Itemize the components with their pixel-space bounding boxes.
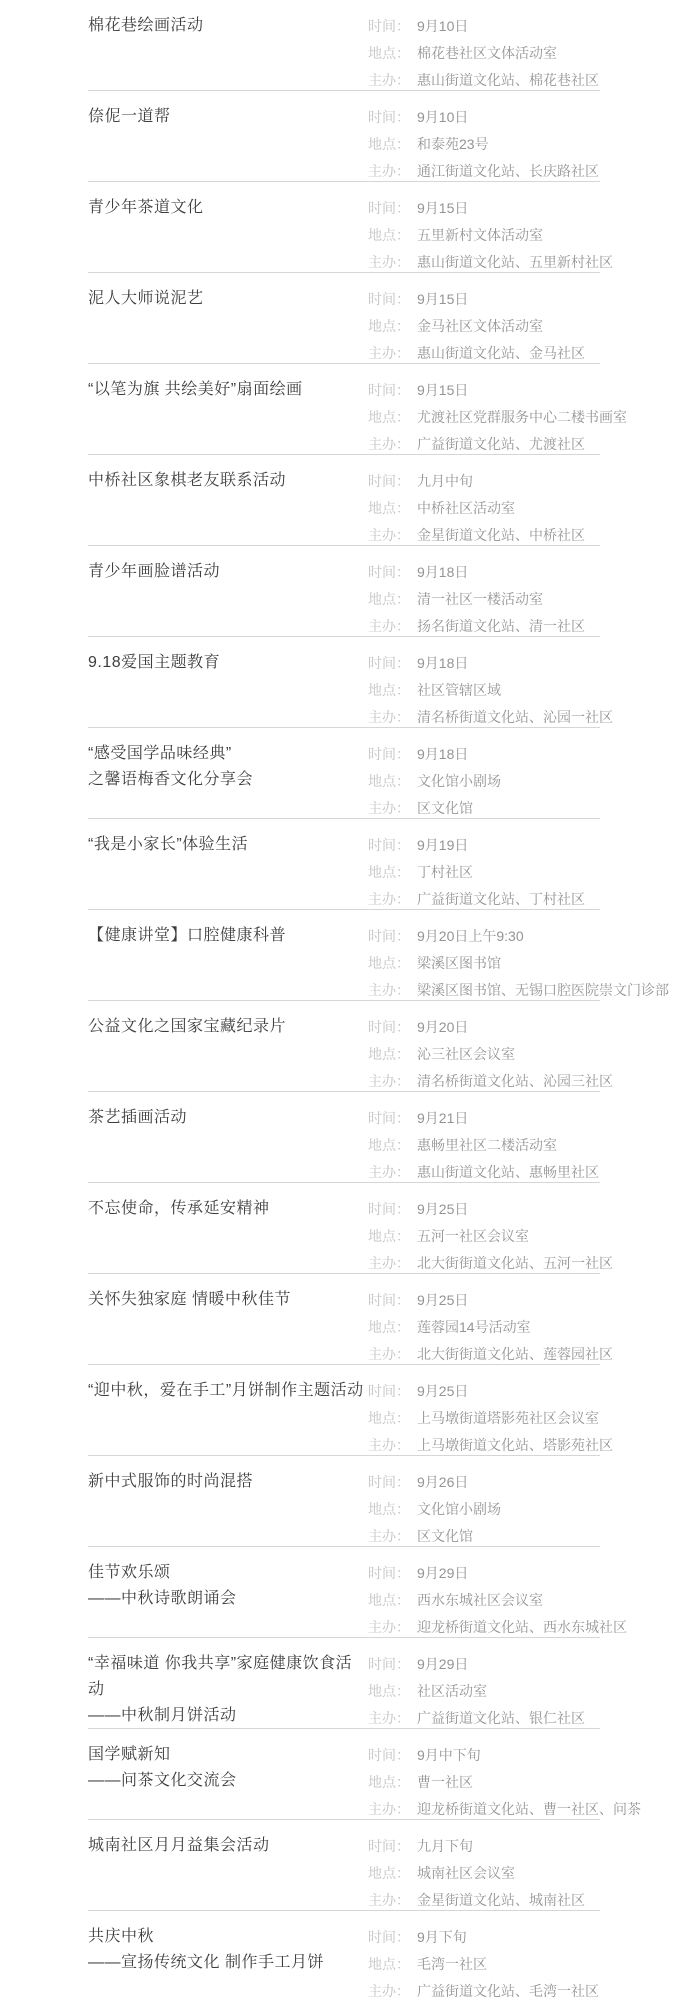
time-label: 时间： bbox=[368, 1929, 410, 1945]
event-time-row: 时间：9月15日 bbox=[368, 286, 600, 313]
event-time-row: 时间：9月19日 bbox=[368, 832, 600, 859]
event-location-row: 地点：社区管辖区域 bbox=[368, 677, 600, 704]
event-details: 时间：9月29日 地点：社区活动室 主办：广益街道文化站、银仁社区 bbox=[368, 1651, 600, 1732]
time-label: 时间： bbox=[368, 837, 410, 853]
event-details: 时间：9月15日 地点：五里新村文体活动室 主办：惠山街道文化站、五里新村社区 bbox=[368, 195, 600, 276]
time-value: 9月15日 bbox=[417, 291, 468, 307]
event-time-row: 时间：9月29日 bbox=[368, 1651, 600, 1678]
event-location-row: 地点：沁三社区会议室 bbox=[368, 1041, 600, 1068]
event-item: “迎中秋，爱在手工”月饼制作主题活动 时间：9月25日 地点：上马墩街道塔影苑社… bbox=[88, 1365, 600, 1456]
event-title: 9.18爱国主题教育 bbox=[88, 650, 366, 676]
location-label: 地点： bbox=[368, 955, 410, 971]
event-organizer-row: 主办：金星街道文化站、中桥社区 bbox=[368, 522, 600, 549]
location-label: 地点： bbox=[368, 500, 410, 516]
organizer-value: 金星街道文化站、中桥社区 bbox=[417, 527, 585, 543]
time-label: 时间： bbox=[368, 200, 410, 216]
location-value: 文化馆小剧场 bbox=[417, 1501, 501, 1517]
event-time-row: 时间：九月中旬 bbox=[368, 468, 600, 495]
event-organizer-row: 主办：广益街道文化站、尤渡社区 bbox=[368, 431, 600, 458]
event-time-row: 时间：9月中下旬 bbox=[368, 1742, 600, 1769]
time-label: 时间： bbox=[368, 1656, 410, 1672]
event-details: 时间：9月26日 地点：文化馆小剧场 主办：区文化馆 bbox=[368, 1469, 600, 1550]
event-organizer-row: 主办：惠山街道文化站、五里新村社区 bbox=[368, 249, 600, 276]
event-item: 【健康讲堂】口腔健康科普 时间：9月20日上午9:30 地点：梁溪区图书馆 主办… bbox=[88, 910, 600, 1001]
organizer-value: 广益街道文化站、银仁社区 bbox=[417, 1710, 585, 1726]
event-item: “幸福味道 你我共享”家庭健康饮食活动 ——中秋制月饼活动 时间：9月29日 地… bbox=[88, 1638, 600, 1729]
event-location-row: 地点：莲蓉园14号活动室 bbox=[368, 1314, 600, 1341]
event-details: 时间：九月中旬 地点：中桥社区活动室 主办：金星街道文化站、中桥社区 bbox=[368, 468, 600, 549]
event-title: 中桥社区象棋老友联系活动 bbox=[88, 468, 366, 494]
event-time-row: 时间：9月18日 bbox=[368, 650, 600, 677]
time-value: 9月15日 bbox=[417, 382, 468, 398]
event-item: 不忘使命，传承延安精神 时间：9月25日 地点：五河一社区会议室 主办：北大街街… bbox=[88, 1183, 600, 1274]
organizer-value: 清名桥街道文化站、沁园一社区 bbox=[417, 709, 613, 725]
event-title: 关怀失独家庭 情暖中秋佳节 bbox=[88, 1287, 366, 1313]
event-item: 新中式服饰的时尚混搭 时间：9月26日 地点：文化馆小剧场 主办：区文化馆 bbox=[88, 1456, 600, 1547]
event-title: 公益文化之国家宝藏纪录片 bbox=[88, 1014, 366, 1040]
time-label: 时间： bbox=[368, 1838, 410, 1854]
time-value: 9月19日 bbox=[417, 837, 468, 853]
event-organizer-row: 主办：迎龙桥街道文化站、曹一社区、问茶 bbox=[368, 1796, 600, 1823]
location-value: 棉花巷社区文体活动室 bbox=[417, 45, 557, 61]
location-label: 地点： bbox=[368, 1865, 410, 1881]
event-title: 国学赋新知 ——问茶文化交流会 bbox=[88, 1742, 366, 1794]
location-label: 地点： bbox=[368, 1046, 410, 1062]
event-location-row: 地点：曹一社区 bbox=[368, 1769, 600, 1796]
event-location-row: 地点：社区活动室 bbox=[368, 1678, 600, 1705]
time-value: 9月29日 bbox=[417, 1656, 468, 1672]
event-organizer-row: 主办：金星街道文化站、城南社区 bbox=[368, 1887, 600, 1914]
organizer-label: 主办： bbox=[368, 800, 410, 816]
time-value: 9月25日 bbox=[417, 1292, 468, 1308]
event-location-row: 地点：梁溪区图书馆 bbox=[368, 950, 600, 977]
event-title: 倷伲一道帮 bbox=[88, 104, 366, 130]
event-details: 时间：9月10日 地点：和泰苑23号 主办：通江街道文化站、长庆路社区 bbox=[368, 104, 600, 185]
event-item: 公益文化之国家宝藏纪录片 时间：9月20日 地点：沁三社区会议室 主办：清名桥街… bbox=[88, 1001, 600, 1092]
time-label: 时间： bbox=[368, 1383, 410, 1399]
time-value: 9月18日 bbox=[417, 564, 468, 580]
event-location-row: 地点：西水东城社区会议室 bbox=[368, 1587, 600, 1614]
event-details: 时间：9月18日 地点：清一社区一楼活动室 主办：扬名街道文化站、清一社区 bbox=[368, 559, 600, 640]
event-location-row: 地点：文化馆小剧场 bbox=[368, 1496, 600, 1523]
organizer-value: 金星街道文化站、城南社区 bbox=[417, 1892, 585, 1908]
event-item: 中桥社区象棋老友联系活动 时间：九月中旬 地点：中桥社区活动室 主办：金星街道文… bbox=[88, 455, 600, 546]
event-title: 茶艺插画活动 bbox=[88, 1105, 366, 1131]
event-title: 棉花巷绘画活动 bbox=[88, 13, 366, 39]
location-value: 丁村社区 bbox=[417, 864, 473, 880]
event-organizer-row: 主办：广益街道文化站、银仁社区 bbox=[368, 1705, 600, 1732]
event-details: 时间：9月18日 地点：社区管辖区域 主办：清名桥街道文化站、沁园一社区 bbox=[368, 650, 600, 731]
event-organizer-row: 主办：北大街街道文化站、五河一社区 bbox=[368, 1250, 600, 1277]
location-label: 地点： bbox=[368, 1137, 410, 1153]
organizer-label: 主办： bbox=[368, 982, 410, 998]
time-value: 9月25日 bbox=[417, 1383, 468, 1399]
event-item: 城南社区月月益集会活动 时间：九月下旬 地点：城南社区会议室 主办：金星街道文化… bbox=[88, 1820, 600, 1911]
organizer-value: 惠山街道文化站、金马社区 bbox=[417, 345, 585, 361]
organizer-label: 主办： bbox=[368, 1346, 410, 1362]
location-value: 文化馆小剧场 bbox=[417, 773, 501, 789]
location-label: 地点： bbox=[368, 1228, 410, 1244]
event-details: 时间：9月15日 地点：金马社区文体活动室 主办：惠山街道文化站、金马社区 bbox=[368, 286, 600, 367]
location-label: 地点： bbox=[368, 1683, 410, 1699]
time-value: 9月10日 bbox=[417, 18, 468, 34]
organizer-label: 主办： bbox=[368, 345, 410, 361]
time-value: 9月中下旬 bbox=[417, 1747, 481, 1763]
location-label: 地点： bbox=[368, 1774, 410, 1790]
event-time-row: 时间：9月10日 bbox=[368, 104, 600, 131]
event-item: “以笔为旗 共绘美好”扇面绘画 时间：9月15日 地点：尤渡社区党群服务中心二楼… bbox=[88, 364, 600, 455]
event-title: 共庆中秋 ——宣扬传统文化 制作手工月饼 bbox=[88, 1924, 366, 1976]
event-organizer-row: 主办：扬名街道文化站、清一社区 bbox=[368, 613, 600, 640]
event-details: 时间：9月29日 地点：西水东城社区会议室 主办：迎龙桥街道文化站、西水东城社区 bbox=[368, 1560, 600, 1641]
location-label: 地点： bbox=[368, 136, 410, 152]
time-value: 9月20日上午9:30 bbox=[417, 928, 524, 944]
location-value: 社区管辖区域 bbox=[417, 682, 501, 698]
time-value: 9月18日 bbox=[417, 746, 468, 762]
time-label: 时间： bbox=[368, 1019, 410, 1035]
location-label: 地点： bbox=[368, 1410, 410, 1426]
location-value: 毛湾一社区 bbox=[417, 1956, 487, 1972]
event-time-row: 时间：9月25日 bbox=[368, 1287, 600, 1314]
event-title: 【健康讲堂】口腔健康科普 bbox=[88, 923, 366, 949]
event-details: 时间：9月下旬 地点：毛湾一社区 主办：广益街道文化站、毛湾一社区 bbox=[368, 1924, 600, 2005]
event-time-row: 时间：9月15日 bbox=[368, 195, 600, 222]
event-item: 倷伲一道帮 时间：9月10日 地点：和泰苑23号 主办：通江街道文化站、长庆路社… bbox=[88, 91, 600, 182]
event-title: 佳节欢乐颂 ——中秋诗歌朗诵会 bbox=[88, 1560, 366, 1612]
time-value: 9月21日 bbox=[417, 1110, 468, 1126]
event-details: 时间：9月21日 地点：惠畅里社区二楼活动室 主办：惠山街道文化站、惠畅里社区 bbox=[368, 1105, 600, 1186]
location-label: 地点： bbox=[368, 45, 410, 61]
event-details: 时间：九月下旬 地点：城南社区会议室 主办：金星街道文化站、城南社区 bbox=[368, 1833, 600, 1914]
time-label: 时间： bbox=[368, 382, 410, 398]
event-organizer-row: 主办：清名桥街道文化站、沁园一社区 bbox=[368, 704, 600, 731]
event-item: 青少年画脸谱活动 时间：9月18日 地点：清一社区一楼活动室 主办：扬名街道文化… bbox=[88, 546, 600, 637]
location-label: 地点： bbox=[368, 1501, 410, 1517]
location-value: 惠畅里社区二楼活动室 bbox=[417, 1137, 557, 1153]
event-location-row: 地点：金马社区文体活动室 bbox=[368, 313, 600, 340]
event-title: “感受国学品味经典” 之馨语梅香文化分享会 bbox=[88, 741, 366, 793]
time-value: 9月15日 bbox=[417, 200, 468, 216]
event-title: “幸福味道 你我共享”家庭健康饮食活动 ——中秋制月饼活动 bbox=[88, 1651, 366, 1729]
time-label: 时间： bbox=[368, 473, 410, 489]
organizer-label: 主办： bbox=[368, 709, 410, 725]
event-time-row: 时间：9月下旬 bbox=[368, 1924, 600, 1951]
organizer-label: 主办： bbox=[368, 527, 410, 543]
time-label: 时间： bbox=[368, 1292, 410, 1308]
event-title: 不忘使命，传承延安精神 bbox=[88, 1196, 366, 1222]
event-organizer-row: 主办：上马墩街道文化站、塔影苑社区 bbox=[368, 1432, 600, 1459]
time-value: 9月18日 bbox=[417, 655, 468, 671]
organizer-value: 区文化馆 bbox=[417, 1528, 473, 1544]
event-details: 时间：9月25日 地点：莲蓉园14号活动室 主办：北大街街道文化站、莲蓉园社区 bbox=[368, 1287, 600, 1368]
time-label: 时间： bbox=[368, 564, 410, 580]
event-title: 青少年茶道文化 bbox=[88, 195, 366, 221]
event-organizer-row: 主办：清名桥街道文化站、沁园三社区 bbox=[368, 1068, 600, 1095]
event-location-row: 地点：中桥社区活动室 bbox=[368, 495, 600, 522]
organizer-label: 主办： bbox=[368, 891, 410, 907]
organizer-label: 主办： bbox=[368, 1801, 410, 1817]
event-details: 时间：9月10日 地点：棉花巷社区文体活动室 主办：惠山街道文化站、棉花巷社区 bbox=[368, 13, 600, 94]
organizer-label: 主办： bbox=[368, 1710, 410, 1726]
event-item: 茶艺插画活动 时间：9月21日 地点：惠畅里社区二楼活动室 主办：惠山街道文化站… bbox=[88, 1092, 600, 1183]
event-organizer-row: 主办：迎龙桥街道文化站、西水东城社区 bbox=[368, 1614, 600, 1641]
event-location-row: 地点：五里新村文体活动室 bbox=[368, 222, 600, 249]
location-value: 上马墩街道塔影苑社区会议室 bbox=[417, 1410, 599, 1426]
location-label: 地点： bbox=[368, 591, 410, 607]
location-value: 社区活动室 bbox=[417, 1683, 487, 1699]
location-label: 地点： bbox=[368, 227, 410, 243]
location-value: 五河一社区会议室 bbox=[417, 1228, 529, 1244]
event-time-row: 时间：9月29日 bbox=[368, 1560, 600, 1587]
event-location-row: 地点：毛湾一社区 bbox=[368, 1951, 600, 1978]
location-label: 地点： bbox=[368, 409, 410, 425]
event-organizer-row: 主办：通江街道文化站、长庆路社区 bbox=[368, 158, 600, 185]
event-time-row: 时间：9月26日 bbox=[368, 1469, 600, 1496]
location-label: 地点： bbox=[368, 1956, 410, 1972]
time-value: 九月下旬 bbox=[417, 1838, 473, 1854]
time-label: 时间： bbox=[368, 18, 410, 34]
location-value: 和泰苑23号 bbox=[417, 136, 489, 152]
event-details: 时间：9月15日 地点：尤渡社区党群服务中心二楼书画室 主办：广益街道文化站、尤… bbox=[368, 377, 600, 458]
event-item: 关怀失独家庭 情暖中秋佳节 时间：9月25日 地点：莲蓉园14号活动室 主办：北… bbox=[88, 1274, 600, 1365]
event-details: 时间：9月19日 地点：丁村社区 主办：广益街道文化站、丁村社区 bbox=[368, 832, 600, 913]
event-location-row: 地点：城南社区会议室 bbox=[368, 1860, 600, 1887]
event-title: 泥人大师说泥艺 bbox=[88, 286, 366, 312]
event-title: “迎中秋，爱在手工”月饼制作主题活动 bbox=[88, 1378, 366, 1404]
organizer-value: 广益街道文化站、丁村社区 bbox=[417, 891, 585, 907]
event-item: 共庆中秋 ——宣扬传统文化 制作手工月饼 时间：9月下旬 地点：毛湾一社区 主办… bbox=[88, 1911, 600, 2002]
event-organizer-row: 主办：梁溪区图书馆、无锡口腔医院崇文门诊部 bbox=[368, 977, 600, 1004]
time-value: 9月29日 bbox=[417, 1565, 468, 1581]
location-value: 清一社区一楼活动室 bbox=[417, 591, 543, 607]
location-value: 城南社区会议室 bbox=[417, 1865, 515, 1881]
event-location-row: 地点：惠畅里社区二楼活动室 bbox=[368, 1132, 600, 1159]
event-time-row: 时间：9月21日 bbox=[368, 1105, 600, 1132]
time-label: 时间： bbox=[368, 928, 410, 944]
organizer-label: 主办： bbox=[368, 1255, 410, 1271]
event-location-row: 地点：和泰苑23号 bbox=[368, 131, 600, 158]
organizer-value: 区文化馆 bbox=[417, 800, 473, 816]
event-location-row: 地点：文化馆小剧场 bbox=[368, 768, 600, 795]
event-time-row: 时间：9月18日 bbox=[368, 559, 600, 586]
location-label: 地点： bbox=[368, 1592, 410, 1608]
time-label: 时间： bbox=[368, 746, 410, 762]
time-label: 时间： bbox=[368, 1201, 410, 1217]
time-label: 时间： bbox=[368, 109, 410, 125]
time-label: 时间： bbox=[368, 1747, 410, 1763]
organizer-value: 惠山街道文化站、五里新村社区 bbox=[417, 254, 613, 270]
organizer-label: 主办： bbox=[368, 1892, 410, 1908]
event-item: “感受国学品味经典” 之馨语梅香文化分享会 时间：9月18日 地点：文化馆小剧场… bbox=[88, 728, 600, 819]
event-time-row: 时间：9月15日 bbox=[368, 377, 600, 404]
location-value: 西水东城社区会议室 bbox=[417, 1592, 543, 1608]
event-details: 时间：9月18日 地点：文化馆小剧场 主办：区文化馆 bbox=[368, 741, 600, 822]
time-label: 时间： bbox=[368, 655, 410, 671]
event-item: “我是小家长”体验生活 时间：9月19日 地点：丁村社区 主办：广益街道文化站、… bbox=[88, 819, 600, 910]
organizer-label: 主办： bbox=[368, 618, 410, 634]
organizer-label: 主办： bbox=[368, 72, 410, 88]
organizer-value: 清名桥街道文化站、沁园三社区 bbox=[417, 1073, 613, 1089]
event-title: 城南社区月月益集会活动 bbox=[88, 1833, 366, 1859]
event-title: “我是小家长”体验生活 bbox=[88, 832, 366, 858]
event-organizer-row: 主办：广益街道文化站、毛湾一社区 bbox=[368, 1978, 600, 2005]
location-value: 莲蓉园14号活动室 bbox=[417, 1319, 531, 1335]
time-label: 时间： bbox=[368, 1474, 410, 1490]
organizer-label: 主办： bbox=[368, 1983, 410, 1999]
event-details: 时间：9月20日 地点：沁三社区会议室 主办：清名桥街道文化站、沁园三社区 bbox=[368, 1014, 600, 1095]
time-value: 9月下旬 bbox=[417, 1929, 467, 1945]
time-label: 时间： bbox=[368, 1110, 410, 1126]
organizer-value: 扬名街道文化站、清一社区 bbox=[417, 618, 585, 634]
event-location-row: 地点：尤渡社区党群服务中心二楼书画室 bbox=[368, 404, 600, 431]
location-label: 地点： bbox=[368, 1319, 410, 1335]
event-location-row: 地点：五河一社区会议室 bbox=[368, 1223, 600, 1250]
location-label: 地点： bbox=[368, 682, 410, 698]
event-location-row: 地点：棉花巷社区文体活动室 bbox=[368, 40, 600, 67]
organizer-label: 主办： bbox=[368, 1164, 410, 1180]
event-item: 泥人大师说泥艺 时间：9月15日 地点：金马社区文体活动室 主办：惠山街道文化站… bbox=[88, 273, 600, 364]
event-time-row: 时间：9月10日 bbox=[368, 13, 600, 40]
event-time-row: 时间：9月18日 bbox=[368, 741, 600, 768]
organizer-value: 惠山街道文化站、惠畅里社区 bbox=[417, 1164, 599, 1180]
time-value: 9月26日 bbox=[417, 1474, 468, 1490]
organizer-value: 北大街街道文化站、五河一社区 bbox=[417, 1255, 613, 1271]
organizer-value: 惠山街道文化站、棉花巷社区 bbox=[417, 72, 599, 88]
organizer-label: 主办： bbox=[368, 254, 410, 270]
event-organizer-row: 主办：惠山街道文化站、棉花巷社区 bbox=[368, 67, 600, 94]
organizer-label: 主办： bbox=[368, 1619, 410, 1635]
event-time-row: 时间：九月下旬 bbox=[368, 1833, 600, 1860]
event-location-row: 地点：清一社区一楼活动室 bbox=[368, 586, 600, 613]
organizer-value: 梁溪区图书馆、无锡口腔医院崇文门诊部 bbox=[417, 982, 669, 998]
location-value: 梁溪区图书馆 bbox=[417, 955, 501, 971]
event-time-row: 时间：9月25日 bbox=[368, 1196, 600, 1223]
location-value: 中桥社区活动室 bbox=[417, 500, 515, 516]
event-location-row: 地点：丁村社区 bbox=[368, 859, 600, 886]
organizer-label: 主办： bbox=[368, 1437, 410, 1453]
event-organizer-row: 主办：北大街街道文化站、莲蓉园社区 bbox=[368, 1341, 600, 1368]
organizer-value: 上马墩街道文化站、塔影苑社区 bbox=[417, 1437, 613, 1453]
event-organizer-row: 主办：区文化馆 bbox=[368, 795, 600, 822]
organizer-value: 通江街道文化站、长庆路社区 bbox=[417, 163, 599, 179]
event-item: 国学赋新知 ——问茶文化交流会 时间：9月中下旬 地点：曹一社区 主办：迎龙桥街… bbox=[88, 1729, 600, 1820]
event-item: 佳节欢乐颂 ——中秋诗歌朗诵会 时间：9月29日 地点：西水东城社区会议室 主办… bbox=[88, 1547, 600, 1638]
location-label: 地点： bbox=[368, 773, 410, 789]
event-list: 棉花巷绘画活动 时间：9月10日 地点：棉花巷社区文体活动室 主办：惠山街道文化… bbox=[88, 0, 600, 2002]
organizer-label: 主办： bbox=[368, 163, 410, 179]
event-organizer-row: 主办：惠山街道文化站、惠畅里社区 bbox=[368, 1159, 600, 1186]
event-organizer-row: 主办：广益街道文化站、丁村社区 bbox=[368, 886, 600, 913]
location-label: 地点： bbox=[368, 864, 410, 880]
organizer-value: 广益街道文化站、尤渡社区 bbox=[417, 436, 585, 452]
event-item: 棉花巷绘画活动 时间：9月10日 地点：棉花巷社区文体活动室 主办：惠山街道文化… bbox=[88, 0, 600, 91]
event-details: 时间：9月25日 地点：上马墩街道塔影苑社区会议室 主办：上马墩街道文化站、塔影… bbox=[368, 1378, 600, 1459]
event-title: 新中式服饰的时尚混搭 bbox=[88, 1469, 366, 1495]
event-title: “以笔为旗 共绘美好”扇面绘画 bbox=[88, 377, 366, 403]
event-location-row: 地点：上马墩街道塔影苑社区会议室 bbox=[368, 1405, 600, 1432]
location-value: 金马社区文体活动室 bbox=[417, 318, 543, 334]
organizer-label: 主办： bbox=[368, 1528, 410, 1544]
location-value: 曹一社区 bbox=[417, 1774, 473, 1790]
event-item: 青少年茶道文化 时间：9月15日 地点：五里新村文体活动室 主办：惠山街道文化站… bbox=[88, 182, 600, 273]
event-details: 时间：9月中下旬 地点：曹一社区 主办：迎龙桥街道文化站、曹一社区、问茶 bbox=[368, 1742, 600, 1823]
location-value: 沁三社区会议室 bbox=[417, 1046, 515, 1062]
event-title: 青少年画脸谱活动 bbox=[88, 559, 366, 585]
event-details: 时间：9月25日 地点：五河一社区会议室 主办：北大街街道文化站、五河一社区 bbox=[368, 1196, 600, 1277]
event-details: 时间：9月20日上午9:30 地点：梁溪区图书馆 主办：梁溪区图书馆、无锡口腔医… bbox=[368, 923, 600, 1004]
organizer-label: 主办： bbox=[368, 436, 410, 452]
event-time-row: 时间：9月25日 bbox=[368, 1378, 600, 1405]
time-label: 时间： bbox=[368, 291, 410, 307]
location-value: 五里新村文体活动室 bbox=[417, 227, 543, 243]
organizer-value: 迎龙桥街道文化站、西水东城社区 bbox=[417, 1619, 627, 1635]
event-item: 9.18爱国主题教育 时间：9月18日 地点：社区管辖区域 主办：清名桥街道文化… bbox=[88, 637, 600, 728]
organizer-value: 广益街道文化站、毛湾一社区 bbox=[417, 1983, 599, 1999]
organizer-label: 主办： bbox=[368, 1073, 410, 1089]
organizer-value: 迎龙桥街道文化站、曹一社区、问茶 bbox=[417, 1801, 641, 1817]
time-value: 九月中旬 bbox=[417, 473, 473, 489]
event-organizer-row: 主办：区文化馆 bbox=[368, 1523, 600, 1550]
event-time-row: 时间：9月20日 bbox=[368, 1014, 600, 1041]
time-value: 9月20日 bbox=[417, 1019, 468, 1035]
event-time-row: 时间：9月20日上午9:30 bbox=[368, 923, 600, 950]
location-value: 尤渡社区党群服务中心二楼书画室 bbox=[417, 409, 627, 425]
time-label: 时间： bbox=[368, 1565, 410, 1581]
location-label: 地点： bbox=[368, 318, 410, 334]
organizer-value: 北大街街道文化站、莲蓉园社区 bbox=[417, 1346, 613, 1362]
time-value: 9月10日 bbox=[417, 109, 468, 125]
time-value: 9月25日 bbox=[417, 1201, 468, 1217]
event-organizer-row: 主办：惠山街道文化站、金马社区 bbox=[368, 340, 600, 367]
